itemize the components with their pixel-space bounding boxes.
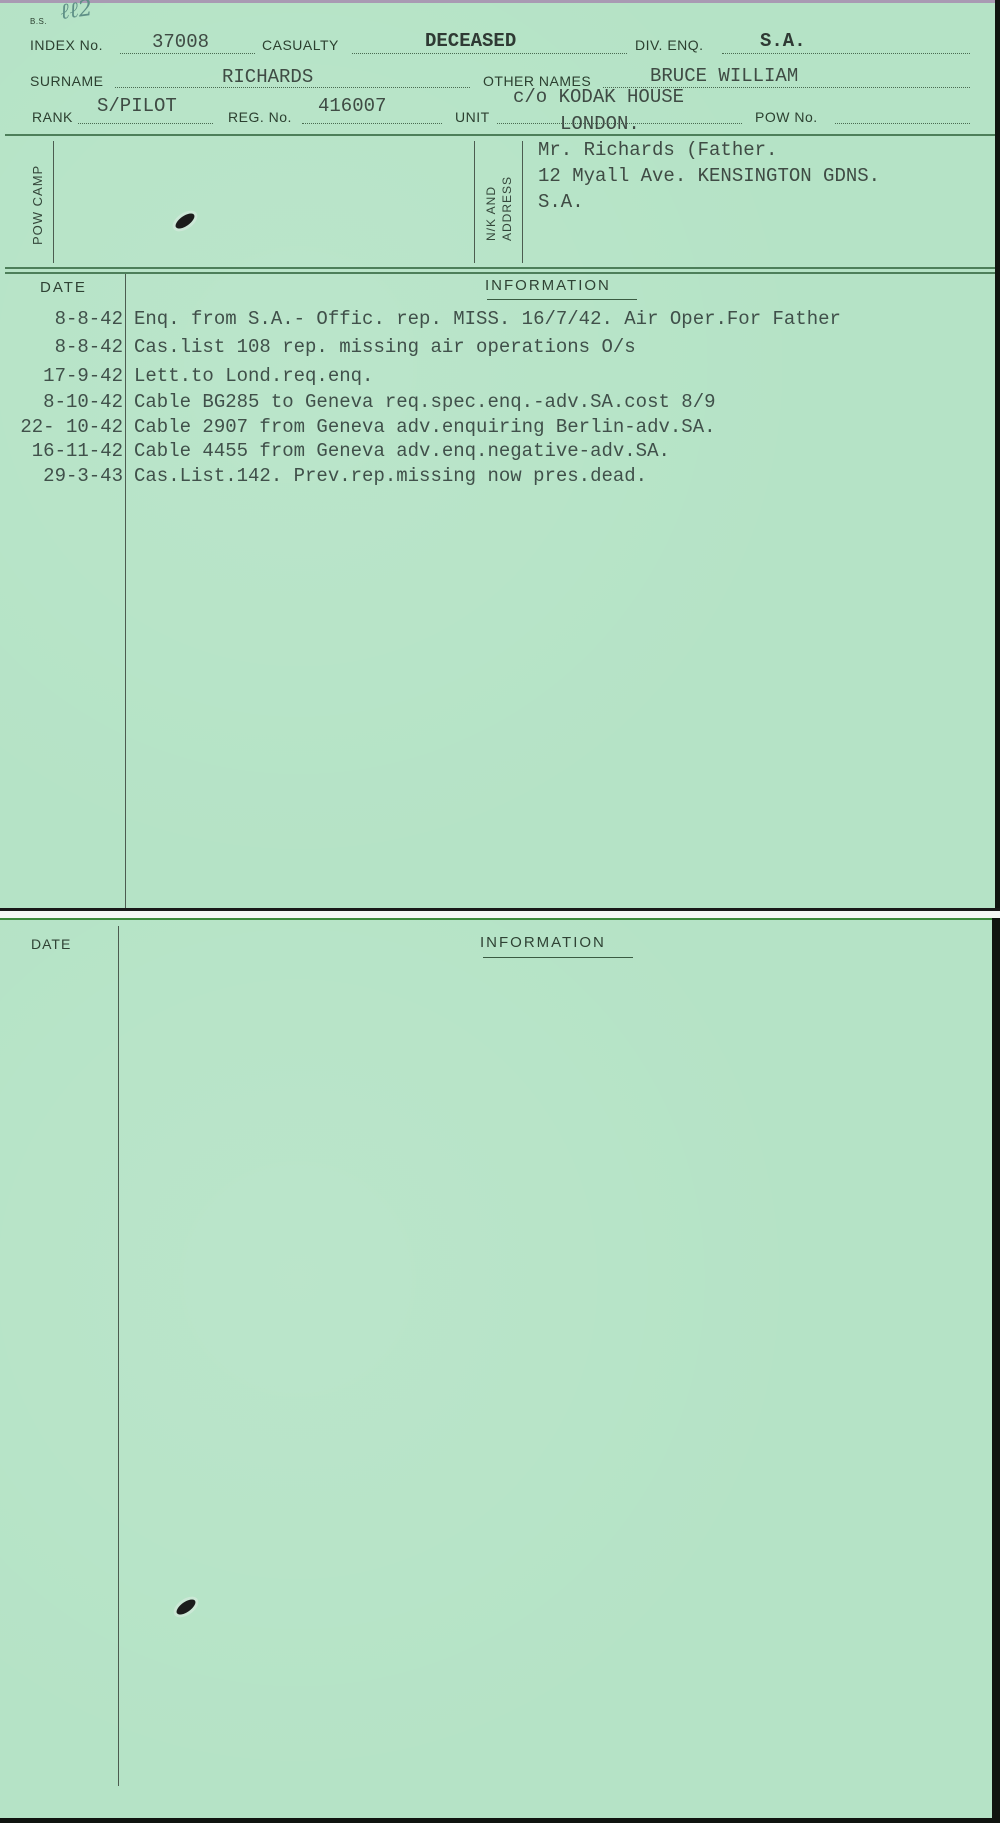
casualty-value: DECEASED xyxy=(425,30,516,52)
nok-left-divider xyxy=(474,141,475,263)
punch-hole xyxy=(173,211,197,232)
log-entry: 8-8-42Enq. from S.A.- Offic. rep. MISS. … xyxy=(0,308,995,333)
section-divider-2 xyxy=(5,272,995,274)
nok-right-divider xyxy=(522,141,523,263)
info-header-underline xyxy=(487,299,637,300)
div-enq-dotline xyxy=(722,53,970,54)
index-no-dotline xyxy=(120,53,255,54)
back-date-column-header: DATE xyxy=(31,936,71,952)
date-column-header: DATE xyxy=(40,279,87,296)
casualty-label: CASUALTY xyxy=(262,37,339,53)
rank-label: RANK xyxy=(32,109,73,125)
back-info-column-header: INFORMATION xyxy=(480,934,606,951)
back-date-column-divider xyxy=(118,926,119,1786)
log-entry: 16-11-42Cable 4455 from Geneva adv.enq.n… xyxy=(0,440,995,465)
form-code: B.S. xyxy=(30,17,47,26)
casualty-dotline xyxy=(352,53,627,54)
index-no-label: INDEX No. xyxy=(30,37,103,53)
casualty-card-back: DATE INFORMATION xyxy=(0,918,992,1818)
rank-dotline xyxy=(78,123,213,124)
punch-hole-back xyxy=(174,1597,198,1618)
unit-value-line1: c/o KODAK HOUSE xyxy=(513,86,684,108)
log-entry: 8-10-42Cable BG285 to Geneva req.spec.en… xyxy=(0,391,995,416)
nok-label-line2: ADDRESS xyxy=(500,176,514,241)
log-entry-info: Cable 2907 from Geneva adv.enquiring Ber… xyxy=(134,416,716,438)
log-entry: 17-9-42Lett.to Lond.req.enq. xyxy=(0,365,995,390)
pow-no-label: POW No. xyxy=(755,109,818,125)
section-divider-1 xyxy=(5,267,995,269)
reg-no-label: REG. No. xyxy=(228,109,292,125)
log-entry-info: Lett.to Lond.req.enq. xyxy=(134,365,373,387)
nok-line-3: S.A. xyxy=(538,191,584,213)
log-entry-date: 8-8-42 xyxy=(55,308,123,330)
index-no-value: 37008 xyxy=(152,31,209,53)
surname-value: RICHARDS xyxy=(222,66,313,88)
card-separator xyxy=(0,908,1000,918)
other-names-value: BRUCE WILLIAM xyxy=(650,65,798,87)
header-divider xyxy=(5,134,995,136)
div-enq-label: DIV. ENQ. xyxy=(635,37,704,53)
info-column-header: INFORMATION xyxy=(485,277,611,294)
log-entry-date: 17-9-42 xyxy=(43,365,123,387)
log-entry: 29-3-43Cas.List.142. Prev.rep.missing no… xyxy=(0,465,995,490)
log-entry-info: Cable BG285 to Geneva req.spec.enq.-adv.… xyxy=(134,391,716,413)
log-entry: 8-8-42Cas.list 108 rep. missing air oper… xyxy=(0,336,995,361)
log-entry-info: Cable 4455 from Geneva adv.enq.negative-… xyxy=(134,440,670,462)
surname-label: SURNAME xyxy=(30,73,104,89)
log-entry-info: Cas.list 108 rep. missing air operations… xyxy=(134,336,636,358)
log-entry-date: 16-11-42 xyxy=(32,440,123,462)
handwritten-mark: ℓℓ2 xyxy=(58,0,94,25)
pow-no-dotline xyxy=(835,123,970,124)
log-entry-date: 8-10-42 xyxy=(43,391,123,413)
nok-line-1: Mr. Richards (Father. xyxy=(538,139,777,161)
log-entry-info: Enq. from S.A.- Offic. rep. MISS. 16/7/4… xyxy=(134,308,841,330)
reg-no-dotline xyxy=(302,123,442,124)
nok-line-2: 12 Myall Ave. KENSINGTON GDNS. xyxy=(538,165,880,187)
log-entry-date: 22- 10-42 xyxy=(20,416,123,438)
pow-camp-label: POW CAMP xyxy=(30,165,45,245)
log-entry-date: 8-8-42 xyxy=(55,336,123,358)
rank-value: S/PILOT xyxy=(97,95,177,117)
div-enq-value: S.A. xyxy=(760,30,806,52)
log-entry-date: 29-3-43 xyxy=(43,465,123,487)
log-entry-info: Cas.List.142. Prev.rep.missing now pres.… xyxy=(134,465,647,487)
unit-label: UNIT xyxy=(455,109,490,125)
log-entry: 22- 10-42Cable 2907 from Geneva adv.enqu… xyxy=(0,416,995,441)
pow-camp-divider xyxy=(53,141,54,263)
casualty-card-front: ℓℓ2 B.S. INDEX No. 37008 CASUALTY DECEAS… xyxy=(0,0,995,908)
back-info-header-underline xyxy=(483,957,633,958)
unit-value-line2: LONDON. xyxy=(560,113,640,135)
nok-label-line1: N/K AND xyxy=(484,186,498,241)
reg-no-value: 416007 xyxy=(318,95,386,117)
